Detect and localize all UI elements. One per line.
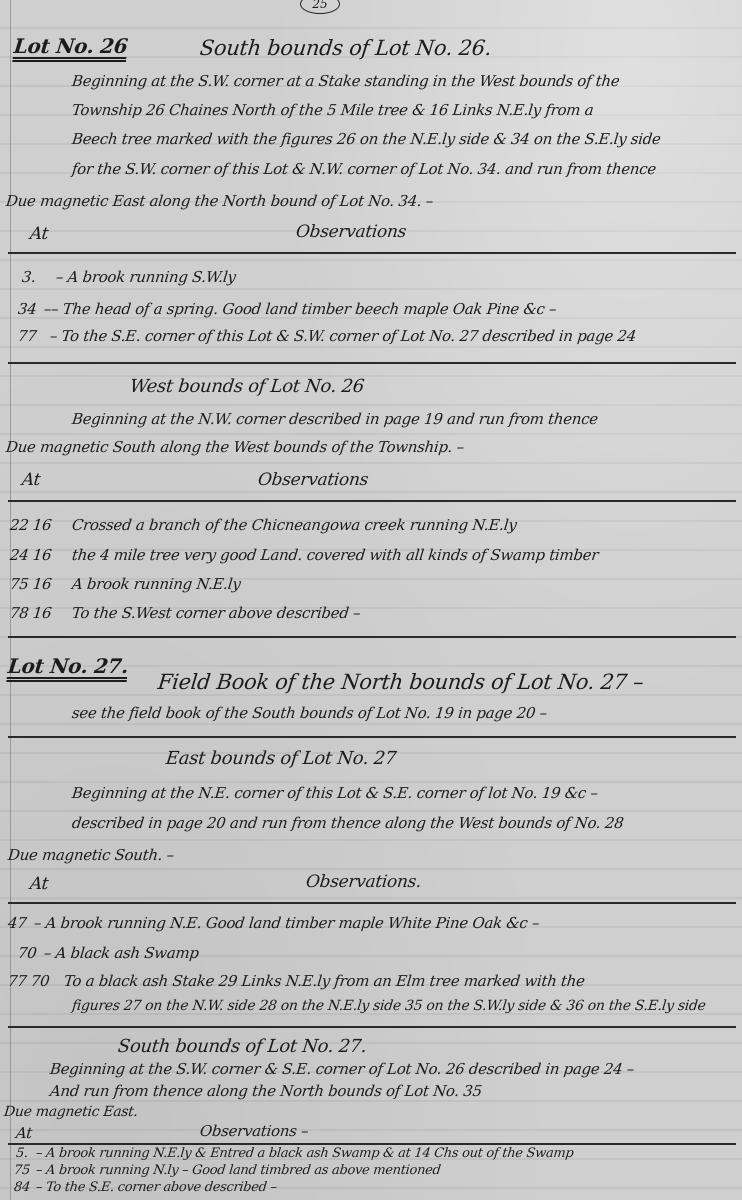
field-book-page: 25 Lot No. 26 South bounds of Lot No. 26… [0,0,742,1200]
lot-label: Lot No. 26 [13,34,129,58]
column-header-observations: Observations [295,222,407,242]
section-heading: Field Book of the North bounds of Lot No… [157,670,645,694]
description-line: Beginning at the S.W. corner at a Stake … [71,72,620,90]
observation-at: 75 [13,1163,31,1178]
description-line: Due magnetic East. [3,1104,138,1120]
description-line: Due magnetic South. – [7,846,175,864]
observation-text: – A brook running S.W.ly [55,268,237,286]
observation-at: 78 16 [9,604,52,622]
margin-rule [10,0,11,1200]
description-line: Beginning at the S.W. corner & S.E. corn… [49,1060,635,1078]
section-heading: East bounds of Lot No. 27 [165,748,397,769]
observation-at: 47 [7,914,27,932]
column-header-at: At [21,470,41,490]
observation-text: A brook running N.E.ly [71,575,242,593]
observation-text: – To the S.E. corner of this Lot & S.W. … [49,327,637,345]
observation-text: – A brook running N.E. Good land timber … [33,914,540,932]
column-header-at: At [29,224,49,244]
table-rule [8,252,736,254]
observation-text: – A brook running N.ly – Good land timbr… [35,1163,441,1178]
observation-at: 70 [17,944,37,962]
observation-text: To a black ash Stake 29 Links N.E.ly fro… [63,972,586,990]
observation-at: 75 16 [9,575,52,593]
observation-at: 5. [15,1146,28,1161]
observation-at: 84 [13,1180,31,1195]
description-line: Township 26 Chaines North of the 5 Mile … [71,101,594,119]
table-rule [8,500,736,502]
section-heading: West bounds of Lot No. 26 [129,376,365,397]
observation-text: figures 27 on the N.W. side 28 on the N.… [71,998,706,1014]
observation-text: Crossed a branch of the Chicneangowa cre… [71,516,517,534]
lot-label: Lot No. 27. [7,654,130,678]
description-line: Beech tree marked with the figures 26 on… [71,130,662,148]
column-header-at: At [15,1124,33,1142]
column-header-observations: Observations [257,470,369,490]
description-line: Beginning at the N.E. corner of this Lot… [71,784,599,802]
observation-at: 22 16 [9,516,52,534]
observation-at: 3. [21,268,37,286]
description-line: see the field book of the South bounds o… [71,704,548,722]
observation-at: 77 70 [7,972,50,990]
description-line: described in page 20 and run from thence… [71,814,624,832]
column-header-observations: Observations. [305,872,422,892]
section-heading: South bounds of Lot No. 27. [117,1036,368,1057]
observation-text: – A black ash Swamp [43,944,200,962]
observation-at: 34 [17,300,37,318]
description-line: Beginning at the N.W. corner described i… [71,410,599,428]
section-rule [8,736,736,738]
page-number: 25 [300,0,340,14]
section-rule [8,636,736,638]
observation-at: 77 [17,327,37,345]
observation-text: the 4 mile tree very good Land. covered … [71,546,599,564]
column-header-at: At [29,874,49,894]
observation-text: –– The head of a spring. Good land timbe… [43,300,557,318]
column-header-observations: Observations – [199,1122,309,1140]
observation-text: To the S.West corner above described – [71,604,361,622]
section-heading: South bounds of Lot No. 26. [199,36,493,60]
description-line: for the S.W. corner of this Lot & N.W. c… [71,160,657,178]
table-rule [8,902,736,904]
section-rule [8,1026,736,1028]
description-line: Due magnetic East along the North bound … [5,192,434,210]
observation-text: – A brook running N.E.ly & Entred a blac… [35,1146,574,1161]
table-rule [8,1143,736,1145]
section-rule [8,362,736,364]
description-line: And run from thence along the North boun… [49,1082,483,1100]
description-line: Due magnetic South along the West bounds… [5,438,465,456]
observation-at: 24 16 [9,546,52,564]
observation-text: – To the S.E. corner above described – [35,1180,277,1195]
